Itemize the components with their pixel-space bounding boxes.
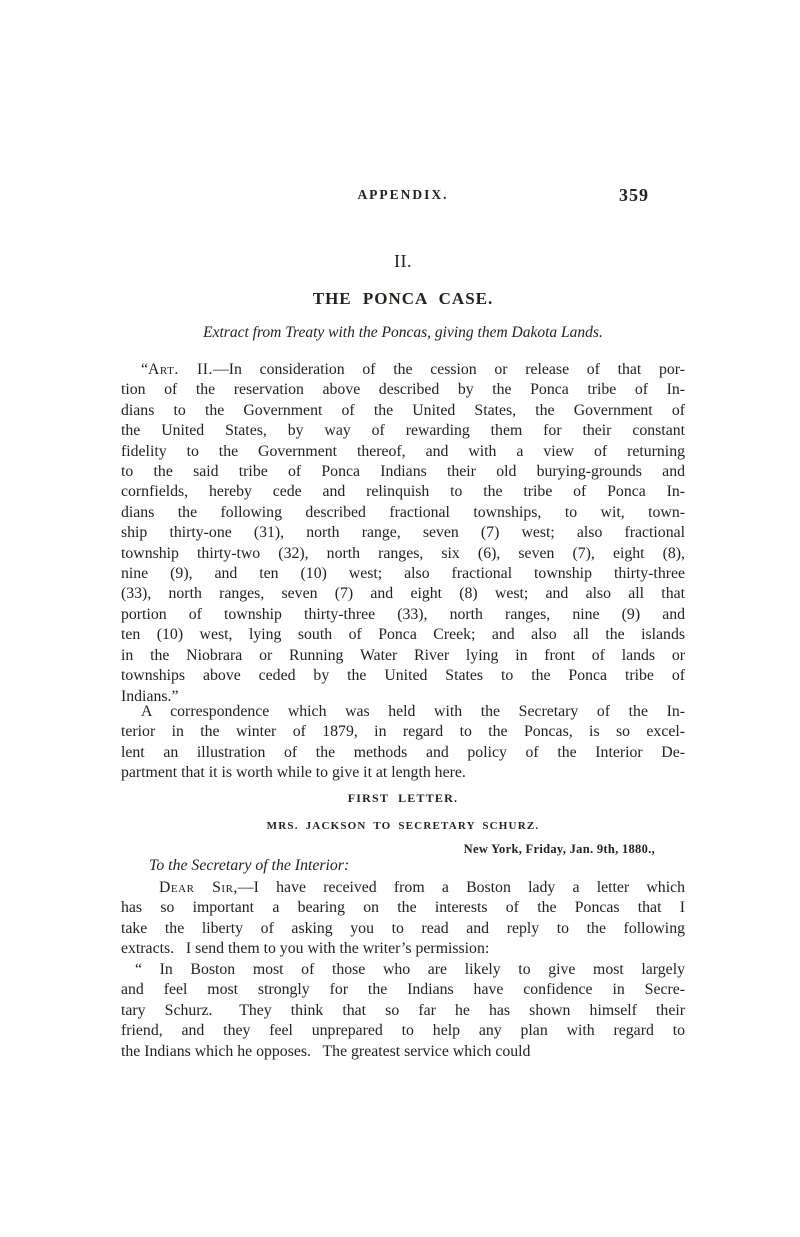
text-line: A correspondence which was held with the…: [121, 702, 685, 722]
text-line: partment that it is worth while to give …: [121, 763, 685, 783]
salutation-smallcaps: Dear Sir,: [159, 879, 238, 896]
text-line: tary Schurz. They think that so far he h…: [121, 1001, 685, 1021]
text-line: townships above ceded by the United Stat…: [121, 666, 685, 686]
chapter-title: THE PONCA CASE.: [121, 289, 685, 309]
text-line: lent an illustration of the methods and …: [121, 743, 685, 763]
letter-salutation: To the Secretary of the Interior:: [121, 856, 685, 876]
running-head: APPENDIX.: [121, 184, 685, 206]
letter-body-paragraph: Dear Sir,—I have received from a Boston …: [121, 878, 685, 960]
letter-dateline: New York, Friday, Jan. 9th, 1880.,: [121, 841, 685, 857]
text-line: has so important a bearing on the intere…: [121, 898, 685, 918]
text-line: extracts. I send them to you with the wr…: [121, 939, 685, 959]
text-line: “Art. II.—In consideration of the cessio…: [121, 360, 685, 380]
text-line: dians the following described fractional…: [121, 503, 685, 523]
text-line: “ In Boston most of those who are likely…: [121, 960, 685, 980]
text-line: nine (9), and ten (10) west; also fracti…: [121, 564, 685, 584]
line-text: —I have received from a Boston lady a le…: [238, 879, 685, 896]
book-page: APPENDIX. 359 II. THE PONCA CASE. Extrac…: [0, 0, 800, 1237]
text-line: (33), north ranges, seven (7) and eight …: [121, 584, 685, 604]
text-line: ship thirty-one (31), north range, seven…: [121, 523, 685, 543]
text-line: fidelity to the Government thereof, and …: [121, 442, 685, 462]
treaty-extract-paragraph: “Art. II.—In consideration of the cessio…: [121, 360, 685, 707]
text-line: take the liberty of asking you to read a…: [121, 919, 685, 939]
page-header: APPENDIX. 359: [121, 184, 685, 206]
text-line: ten (10) west, lying south of Ponca Cree…: [121, 625, 685, 645]
text-line: to the said tribe of Ponca Indians their…: [121, 462, 685, 482]
letter-heading: FIRST LETTER.: [121, 790, 685, 806]
text-line: and feel most strongly for the Indians h…: [121, 980, 685, 1000]
text-line: the United States, by way of rewarding t…: [121, 421, 685, 441]
text-line: friend, and they feel unprepared to help…: [121, 1021, 685, 1041]
quoted-letter-paragraph: “ In Boston most of those who are likely…: [121, 960, 685, 1062]
commentary-paragraph: A correspondence which was held with the…: [121, 702, 685, 784]
letter-parties: MRS. JACKSON TO SECRETARY SCHURZ.: [121, 819, 685, 834]
text-line: portion of township thirty-three (33), n…: [121, 605, 685, 625]
text-line: Dear Sir,—I have received from a Boston …: [121, 878, 685, 898]
open-quote: “: [141, 361, 148, 378]
text-line: dians to the Government of the United St…: [121, 401, 685, 421]
text-line: township thirty-two (32), north ranges, …: [121, 544, 685, 564]
section-number: II.: [121, 251, 685, 271]
article-label: Art. II.: [148, 361, 213, 378]
text-line: in the Niobrara or Running Water River l…: [121, 646, 685, 666]
line-text: —In consideration of the cession or rele…: [213, 361, 685, 378]
text-line: terior in the winter of 1879, in regard …: [121, 722, 685, 742]
text-line: tion of the reservation above described …: [121, 380, 685, 400]
page-number: 359: [619, 184, 649, 206]
epigraph: Extract from Treaty with the Poncas, giv…: [121, 323, 685, 343]
text-line: the Indians which he opposes. The greate…: [121, 1042, 685, 1062]
text-line: cornfields, hereby cede and relinquish t…: [121, 482, 685, 502]
